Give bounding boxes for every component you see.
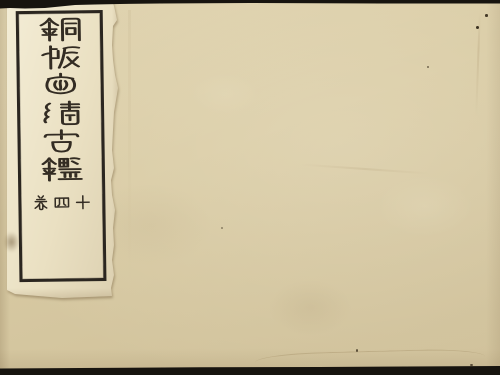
glyph-shi: [74, 194, 91, 210]
title-char-qing: 清: [39, 100, 81, 127]
seal-glyph-jian: [40, 156, 82, 183]
paper-speck: [476, 26, 479, 29]
glyph-si: [53, 194, 70, 210]
seal-glyph-gu: [40, 128, 82, 155]
volume-char-shi: 十: [74, 194, 91, 210]
volume-char-si: 四: [53, 194, 70, 210]
book-title: 銅 版 西: [38, 13, 82, 185]
book-cover-scan: 銅 版 西: [0, 0, 500, 375]
title-char-gu: 古: [40, 128, 82, 155]
paper-speck: [221, 227, 223, 229]
ink-stain: [1, 228, 22, 256]
title-char-tong: 銅: [38, 16, 80, 43]
paper-speck: [485, 14, 488, 17]
seal-glyph-ban: [39, 44, 81, 71]
seal-glyph-tong: [38, 16, 80, 43]
volume-label: 卷 四 十: [32, 194, 91, 211]
title-char-ban: 版: [39, 44, 81, 71]
title-slip: 銅 版 西: [7, 0, 121, 298]
paper-speck: [427, 66, 429, 68]
seal-glyph-qing: [39, 100, 81, 127]
paper-speck: [470, 364, 473, 366]
paper-speck: [356, 349, 358, 352]
glyph-juan: [32, 195, 49, 211]
paper-crease: [300, 163, 430, 174]
title-frame-border: 銅 版 西: [16, 10, 107, 282]
title-slip-paper: 銅 版 西: [7, 0, 121, 298]
title-char-jian: 鑑: [40, 156, 82, 183]
slip-edge-shadow: [128, 10, 131, 290]
bottom-black-border: [0, 366, 500, 375]
volume-char-juan: 卷: [32, 195, 49, 211]
seal-glyph-xi: [39, 72, 81, 99]
title-char-xi: 西: [39, 72, 81, 99]
